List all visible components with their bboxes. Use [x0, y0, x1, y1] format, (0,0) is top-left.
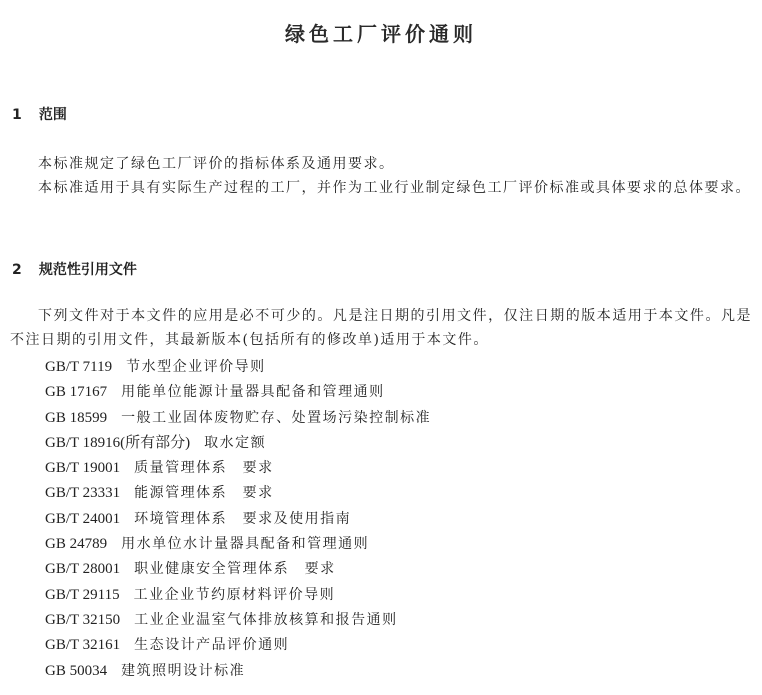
reference-item: GB/T 19001质量管理体系 要求: [45, 456, 431, 481]
section-1-heading: 1 范围: [12, 104, 67, 124]
reference-code: GB/T 7119: [45, 359, 112, 375]
reference-list: GB/T 7119节水型企业评价导则 GB 17167用能单位能源计量器具配备和…: [45, 355, 431, 684]
reference-item: GB/T 18916(所有部分)取水定额: [45, 431, 431, 456]
reference-code: GB/T 23331: [45, 485, 120, 501]
reference-code: GB 24789: [45, 536, 107, 552]
reference-name: 质量管理体系 要求: [134, 460, 274, 476]
reference-item: GB 50034建筑照明设计标准: [45, 659, 431, 684]
reference-item: GB 17167用能单位能源计量器具配备和管理通则: [45, 380, 431, 405]
section-number: 2: [12, 262, 34, 278]
reference-name: 建筑照明设计标准: [121, 663, 245, 679]
reference-name: 用能单位能源计量器具配备和管理通则: [121, 384, 385, 400]
reference-name: 生态设计产品评价通则: [134, 637, 289, 653]
reference-item: GB 24789用水单位水计量器具配备和管理通则: [45, 532, 431, 557]
reference-name: 用水单位水计量器具配备和管理通则: [121, 536, 369, 552]
reference-code: GB 18599: [45, 410, 107, 426]
reference-code: GB/T 19001: [45, 460, 120, 476]
reference-item: GB/T 32161生态设计产品评价通则: [45, 633, 431, 658]
reference-code: GB/T 24001: [45, 511, 120, 527]
reference-code: GB/T 28001: [45, 561, 120, 577]
reference-item: GB/T 28001职业健康安全管理体系 要求: [45, 557, 431, 582]
section-title: 范围: [39, 107, 67, 123]
section-number: 1: [12, 107, 34, 123]
reference-code: GB/T 32161: [45, 637, 120, 653]
paragraph-normative-refs: 下列文件对于本文件的应用是必不可少的。凡是注日期的引用文件，仅注日期的版本适用于…: [10, 304, 752, 352]
reference-code: GB 50034: [45, 663, 107, 679]
reference-item: GB/T 23331能源管理体系 要求: [45, 481, 431, 506]
reference-code: GB 17167: [45, 384, 107, 400]
reference-item: GB/T 29115工业企业节约原材料评价导则: [45, 583, 431, 608]
reference-code: GB/T 32150: [45, 612, 120, 628]
reference-item: GB/T 32150工业企业温室气体排放核算和报告通则: [45, 608, 431, 633]
section-2-heading: 2 规范性引用文件: [12, 259, 137, 279]
paragraph-scope-1: 本标准规定了绿色工厂评价的指标体系及通用要求。: [10, 152, 752, 176]
reference-name: 一般工业固体废物贮存、处置场污染控制标准: [121, 410, 431, 426]
document-title: 绿色工厂评价通则: [0, 18, 762, 47]
reference-code: GB/T 29115: [45, 587, 120, 603]
section-title: 规范性引用文件: [39, 262, 137, 278]
reference-code: GB/T 18916(所有部分): [45, 435, 190, 451]
paragraph-scope-2: 本标准适用于具有实际生产过程的工厂，并作为工业行业制定绿色工厂评价标准或具体要求…: [10, 176, 752, 200]
reference-name: 工业企业温室气体排放核算和报告通则: [134, 612, 398, 628]
reference-item: GB/T 7119节水型企业评价导则: [45, 355, 431, 380]
reference-name: 工业企业节约原材料评价导则: [134, 587, 336, 603]
reference-name: 节水型企业评价导则: [126, 359, 266, 375]
reference-name: 职业健康安全管理体系 要求: [134, 561, 336, 577]
reference-name: 取水定额: [204, 435, 266, 451]
reference-name: 环境管理体系 要求及使用指南: [134, 511, 351, 527]
reference-name: 能源管理体系 要求: [134, 485, 274, 501]
reference-item: GB 18599一般工业固体废物贮存、处置场污染控制标准: [45, 406, 431, 431]
reference-item: GB/T 24001环境管理体系 要求及使用指南: [45, 507, 431, 532]
